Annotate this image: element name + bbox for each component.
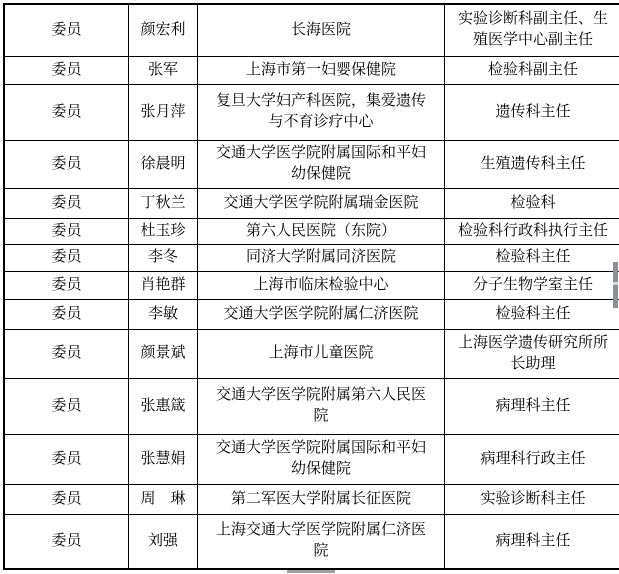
role-cell: 委员	[4, 484, 129, 514]
committee-members-table: 委员颜宏利长海医院实验诊断科副主任、生殖医学中心副主任委员张军上海市第一妇婴保健…	[3, 3, 619, 570]
name-cell: 杜玉珍	[129, 218, 198, 244]
table-row: 委员徐晨明交通大学医学院附属国际和平妇幼保健院生殖遗传科主任	[4, 140, 619, 188]
title-cell: 分子生物学室主任	[445, 271, 619, 299]
role-cell: 委员	[4, 56, 129, 84]
table-row: 委员张军上海市第一妇婴保健院检验科副主任	[4, 56, 619, 84]
name-cell: 张惠箴	[129, 378, 198, 434]
table-row: 委员张月萍复旦大学妇产科医院，集爱遗传与不育诊疗中心遗传科主任	[4, 84, 619, 140]
organization-cell: 上海市儿童医院	[198, 329, 445, 378]
organization-cell: 交通大学医学院附属第六人民医院	[198, 378, 445, 434]
title-cell: 病理科行政主任	[445, 434, 619, 484]
organization-cell: 复旦大学妇产科医院，集爱遗传与不育诊疗中心	[198, 84, 445, 140]
name-cell: 颜宏利	[129, 4, 198, 56]
table-row: 委员张惠箴交通大学医学院附属第六人民医院病理科主任	[4, 378, 619, 434]
name-cell: 肖艳群	[129, 271, 198, 299]
role-cell: 委员	[4, 271, 129, 299]
committee-table-body: 委员颜宏利长海医院实验诊断科副主任、生殖医学中心副主任委员张军上海市第一妇婴保健…	[4, 4, 619, 569]
organization-cell: 第二军医大学附属长征医院	[198, 484, 445, 514]
table-row: 委员杜玉珍第六人民医院（东院）检验科行政科执行主任	[4, 218, 619, 244]
role-cell: 委员	[4, 218, 129, 244]
name-cell: 颜景斌	[129, 329, 198, 378]
table-row: 委员周 琳第二军医大学附属长征医院实验诊断科主任	[4, 484, 619, 514]
title-cell: 实验诊断科副主任、生殖医学中心副主任	[445, 4, 619, 56]
name-cell: 周 琳	[129, 484, 198, 514]
table-row: 委员李冬同济大学附属同济医院检验科主任	[4, 244, 619, 271]
role-cell: 委员	[4, 140, 129, 188]
organization-cell: 交通大学医学院附属国际和平妇幼保健院	[198, 434, 445, 484]
vertical-scrollbar-thumb[interactable]	[613, 262, 618, 308]
role-cell: 委员	[4, 244, 129, 271]
title-cell: 遗传科主任	[445, 84, 619, 140]
scrollbar-thumb-notch	[613, 282, 618, 285]
role-cell: 委员	[4, 299, 129, 329]
title-cell: 检验科主任	[445, 244, 619, 271]
horizontal-scrollbar-thumb[interactable]	[287, 570, 335, 573]
organization-cell: 长海医院	[198, 4, 445, 56]
table-row: 委员颜宏利长海医院实验诊断科副主任、生殖医学中心副主任	[4, 4, 619, 56]
role-cell: 委员	[4, 378, 129, 434]
name-cell: 丁秋兰	[129, 188, 198, 218]
name-cell: 张军	[129, 56, 198, 84]
organization-cell: 交通大学医学院附属国际和平妇幼保健院	[198, 140, 445, 188]
name-cell: 徐晨明	[129, 140, 198, 188]
organization-cell: 交通大学医学院附属仁济医院	[198, 299, 445, 329]
name-cell: 张慧娟	[129, 434, 198, 484]
role-cell: 委员	[4, 329, 129, 378]
organization-cell: 上海市临床检验中心	[198, 271, 445, 299]
title-cell: 生殖遗传科主任	[445, 140, 619, 188]
table-row: 委员刘强上海交通大学医学院附属仁济医院病理科主任	[4, 514, 619, 569]
title-cell: 检验科行政科执行主任	[445, 218, 619, 244]
role-cell: 委员	[4, 84, 129, 140]
organization-cell: 同济大学附属同济医院	[198, 244, 445, 271]
name-cell: 刘强	[129, 514, 198, 569]
role-cell: 委员	[4, 434, 129, 484]
organization-cell: 上海市第一妇婴保健院	[198, 56, 445, 84]
title-cell: 检验科	[445, 188, 619, 218]
title-cell: 检验科副主任	[445, 56, 619, 84]
organization-cell: 交通大学医学院附属瑞金医院	[198, 188, 445, 218]
name-cell: 李冬	[129, 244, 198, 271]
name-cell: 李敏	[129, 299, 198, 329]
document-page: 委员颜宏利长海医院实验诊断科副主任、生殖医学中心副主任委员张军上海市第一妇婴保健…	[0, 0, 619, 574]
title-cell: 病理科主任	[445, 378, 619, 434]
role-cell: 委员	[4, 4, 129, 56]
role-cell: 委员	[4, 188, 129, 218]
table-row: 委员颜景斌上海市儿童医院上海医学遗传研究所所长助理	[4, 329, 619, 378]
table-row: 委员李敏交通大学医学院附属仁济医院检验科主任	[4, 299, 619, 329]
title-cell: 检验科主任	[445, 299, 619, 329]
table-row: 委员肖艳群上海市临床检验中心分子生物学室主任	[4, 271, 619, 299]
title-cell: 实验诊断科主任	[445, 484, 619, 514]
role-cell: 委员	[4, 514, 129, 569]
table-row: 委员丁秋兰交通大学医学院附属瑞金医院检验科	[4, 188, 619, 218]
organization-cell: 上海交通大学医学院附属仁济医院	[198, 514, 445, 569]
organization-cell: 第六人民医院（东院）	[198, 218, 445, 244]
name-cell: 张月萍	[129, 84, 198, 140]
title-cell: 病理科主任	[445, 514, 619, 569]
title-cell: 上海医学遗传研究所所长助理	[445, 329, 619, 378]
table-row: 委员张慧娟交通大学医学院附属国际和平妇幼保健院病理科行政主任	[4, 434, 619, 484]
